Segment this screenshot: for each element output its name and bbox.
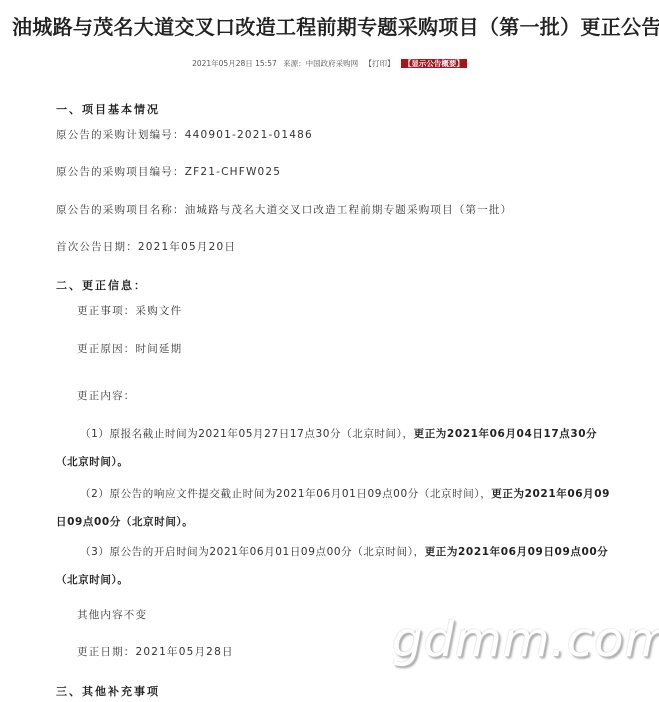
- publish-datetime: 2021年05月28日 15:57: [192, 59, 277, 68]
- first-announcement-date: 首次公告日期：2021年05月20日: [56, 239, 236, 254]
- section-heading-supplementary: 三、其他补充事项: [56, 683, 160, 699]
- change-original: （3）原公告的开启时间为2021年06月01日09点00分（北京时间），: [80, 546, 425, 558]
- correction-date: 更正日期：2021年05月28日: [77, 644, 234, 659]
- print-link[interactable]: 【打印】: [365, 59, 395, 68]
- correction-content-label: 更正内容：: [77, 388, 136, 403]
- other-content-unchanged: 其他内容不变: [77, 607, 147, 622]
- change-original: （2）原公告的响应文件提交截止时间为2021年06月01日09点00分（北京时间…: [80, 488, 491, 500]
- watermark-logo: gdmm.com: [392, 612, 659, 668]
- change-item-2: （2）原公告的响应文件提交截止时间为2021年06月01日09点00分（北京时间…: [56, 480, 616, 536]
- page-title: 油城路与茂名大道交叉口改造工程前期专题采购项目（第一批）更正公告: [12, 11, 652, 40]
- source-label: 来源：中国政府采购网: [283, 59, 358, 68]
- change-item-3: （3）原公告的开启时间为2021年06月01日09点00分（北京时间），更正为2…: [56, 538, 616, 594]
- section-heading-correction-info: 二、更正信息：: [56, 277, 147, 293]
- project-number: 原公告的采购项目编号：ZF21-CHFW025: [56, 164, 281, 179]
- change-item-1: （1）原报名截止时间为2021年05月27日17点30分（北京时间），更正为20…: [56, 420, 616, 476]
- show-summary-button[interactable]: 【显示公告概要】: [401, 59, 467, 68]
- change-original: （1）原报名截止时间为2021年05月27日17点30分（北京时间），: [80, 428, 414, 440]
- section-heading-basic-info: 一、项目基本情况: [56, 101, 160, 117]
- article-meta: 2021年05月28日 15:57 来源：中国政府采购网 【打印】 【显示公告概…: [0, 58, 659, 69]
- project-name: 原公告的采购项目名称：油城路与茂名大道交叉口改造工程前期专题采购项目（第一批）: [56, 202, 512, 217]
- plan-number: 原公告的采购计划编号：440901-2021-01486: [56, 127, 313, 142]
- correction-reason: 更正原因：时间延期: [77, 341, 182, 356]
- correction-item: 更正事项：采购文件: [77, 303, 182, 318]
